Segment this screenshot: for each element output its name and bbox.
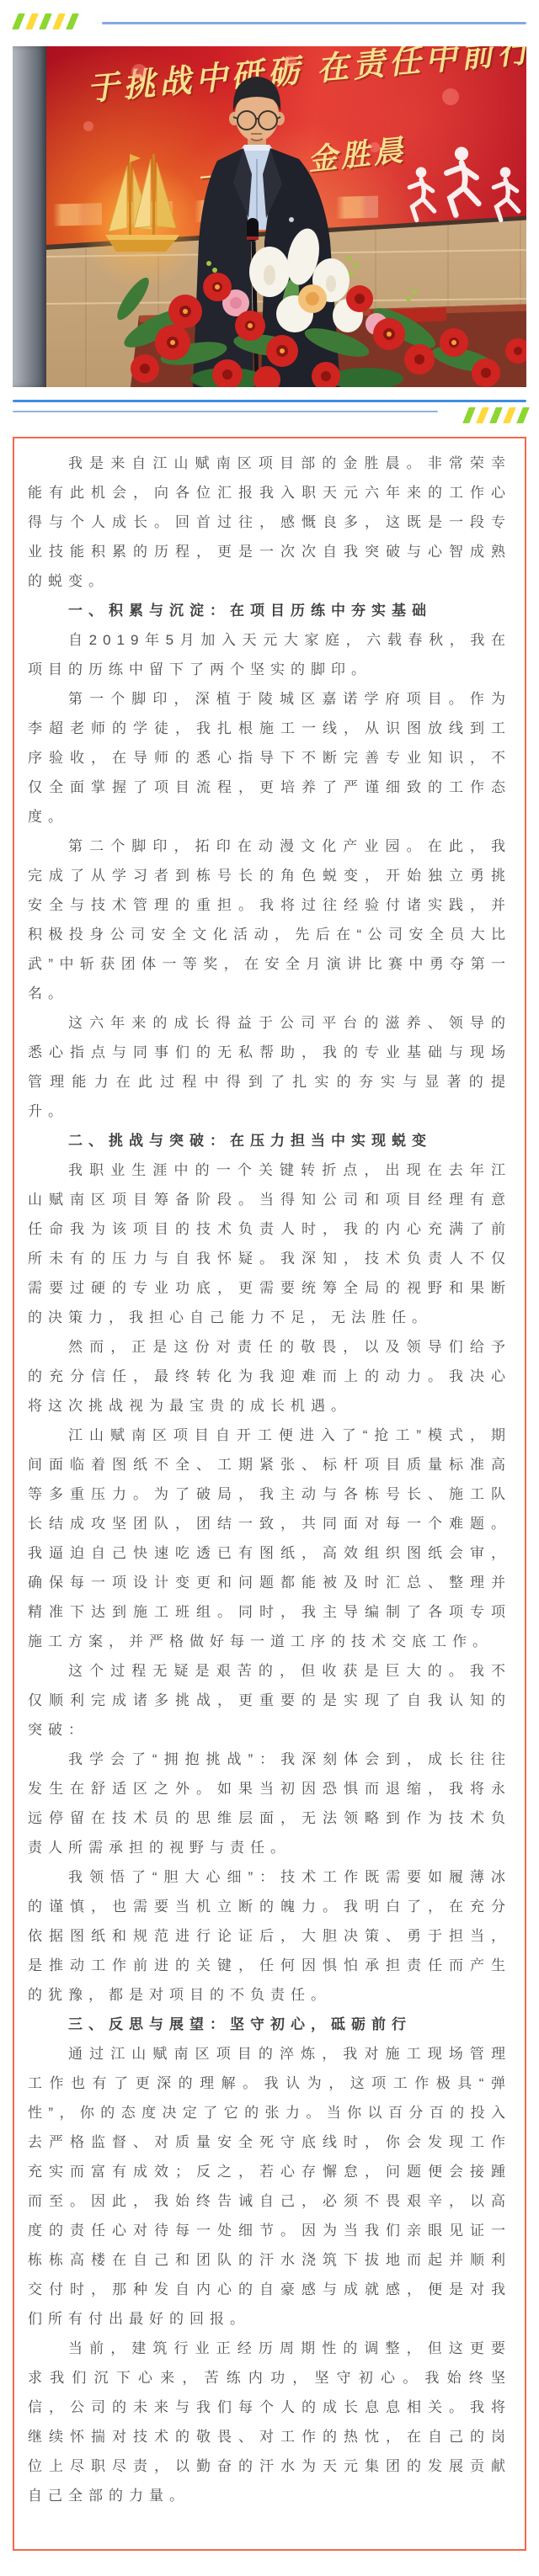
slash-icon — [503, 407, 516, 423]
paragraph: 通过江山赋南区项目的淬炼，我对施工现场管理工作也有了更深的理解。我认为，这项工作… — [28, 2039, 511, 2334]
paragraph: 自2019年5月加入天元大家庭，六载春秋，我在项目的历练中留下了两个坚实的脚印。 — [28, 625, 511, 684]
bottom-decoration — [13, 387, 526, 437]
top-decoration — [0, 0, 539, 46]
paragraph: 我是来自江山赋南区项目部的金胜晨。非常荣幸能有此机会，向各位汇报我入职天元六年来… — [28, 449, 511, 596]
paragraph: 我学会了“拥抱挑战”：我深刻体会到，成长往往发生在舒适区之外。如果当初因恐惧而退… — [28, 1745, 511, 1862]
divider-line-bottom-dark — [13, 400, 526, 402]
section-heading: 一、积累与沉淀：在项目历练中夯实基础 — [28, 596, 511, 625]
event-photo: 于挑战中砥砺 在责任中前行 一建 金胜晨 — [13, 46, 526, 387]
paragraph: 我职业生涯中的一个关键转折点，出现在去年江山赋南区项目筹备阶段。当得知公司和项目… — [28, 1155, 511, 1332]
runner-silhouettes — [409, 147, 518, 220]
section-heading: 二、挑战与突破：在压力担当中实现蜕变 — [28, 1126, 511, 1155]
paragraph: 然而，正是这份对责任的敬畏，以及领导们给予的充分信任，最终转化为我迎难而上的动力… — [28, 1332, 511, 1421]
slash-icon — [66, 13, 79, 29]
slash-icon — [489, 407, 503, 423]
divider-line-bottom-light — [13, 411, 438, 412]
gold-ship — [78, 154, 205, 289]
slash-icon — [39, 13, 52, 29]
slash-icon — [52, 13, 66, 29]
photo-illustration — [13, 46, 526, 387]
slash-decoration-top — [15, 13, 76, 29]
paragraph: 这个过程无疑是艰苦的，但收获是巨大的。我不仅顺利完成诸多挑战，更重要的是实现了自… — [28, 1656, 511, 1745]
slash-decoration-bottom — [466, 407, 526, 423]
paragraph: 这六年来的成长得益于公司平台的滋养、领导的悉心指点与同事们的无私帮助，我的专业基… — [28, 1008, 511, 1126]
gray-curtain — [13, 46, 46, 387]
paragraph: 当前，建筑行业正经历周期性的调整，但这更要求我们沉下心来，苦练内功，坚守初心。我… — [28, 2334, 511, 2510]
section-heading: 三、反思与展望：坚守初心，砥砺前行 — [28, 2010, 511, 2039]
paragraph: 我领悟了“胆大心细”：技术工作既需要如履薄冰的谨慎，也需要当机立断的魄力。我明白… — [28, 1862, 511, 2010]
slash-icon — [12, 13, 25, 29]
slash-icon — [462, 407, 476, 423]
divider-line-top — [102, 22, 526, 24]
paragraph: 江山赋南区项目自开工便进入了“抢工”模式，期间面临着图纸不全、工期紧张、标杆项目… — [28, 1421, 511, 1656]
paragraph: 第二个脚印，拓印在动漫文化产业园。在此，我完成了从学习者到栋号长的角色蜕变，开始… — [28, 831, 511, 1008]
article-box: 我是来自江山赋南区项目部的金胜晨。非常荣幸能有此机会，向各位汇报我入职天元六年来… — [13, 437, 526, 2551]
paragraph: 第一个脚印，深植于陵城区嘉诺学府项目。作为李超老师的学徒，我扎根施工一线，从识图… — [28, 684, 511, 831]
slash-icon — [25, 13, 39, 29]
slash-icon — [516, 407, 530, 423]
slash-icon — [476, 407, 489, 423]
